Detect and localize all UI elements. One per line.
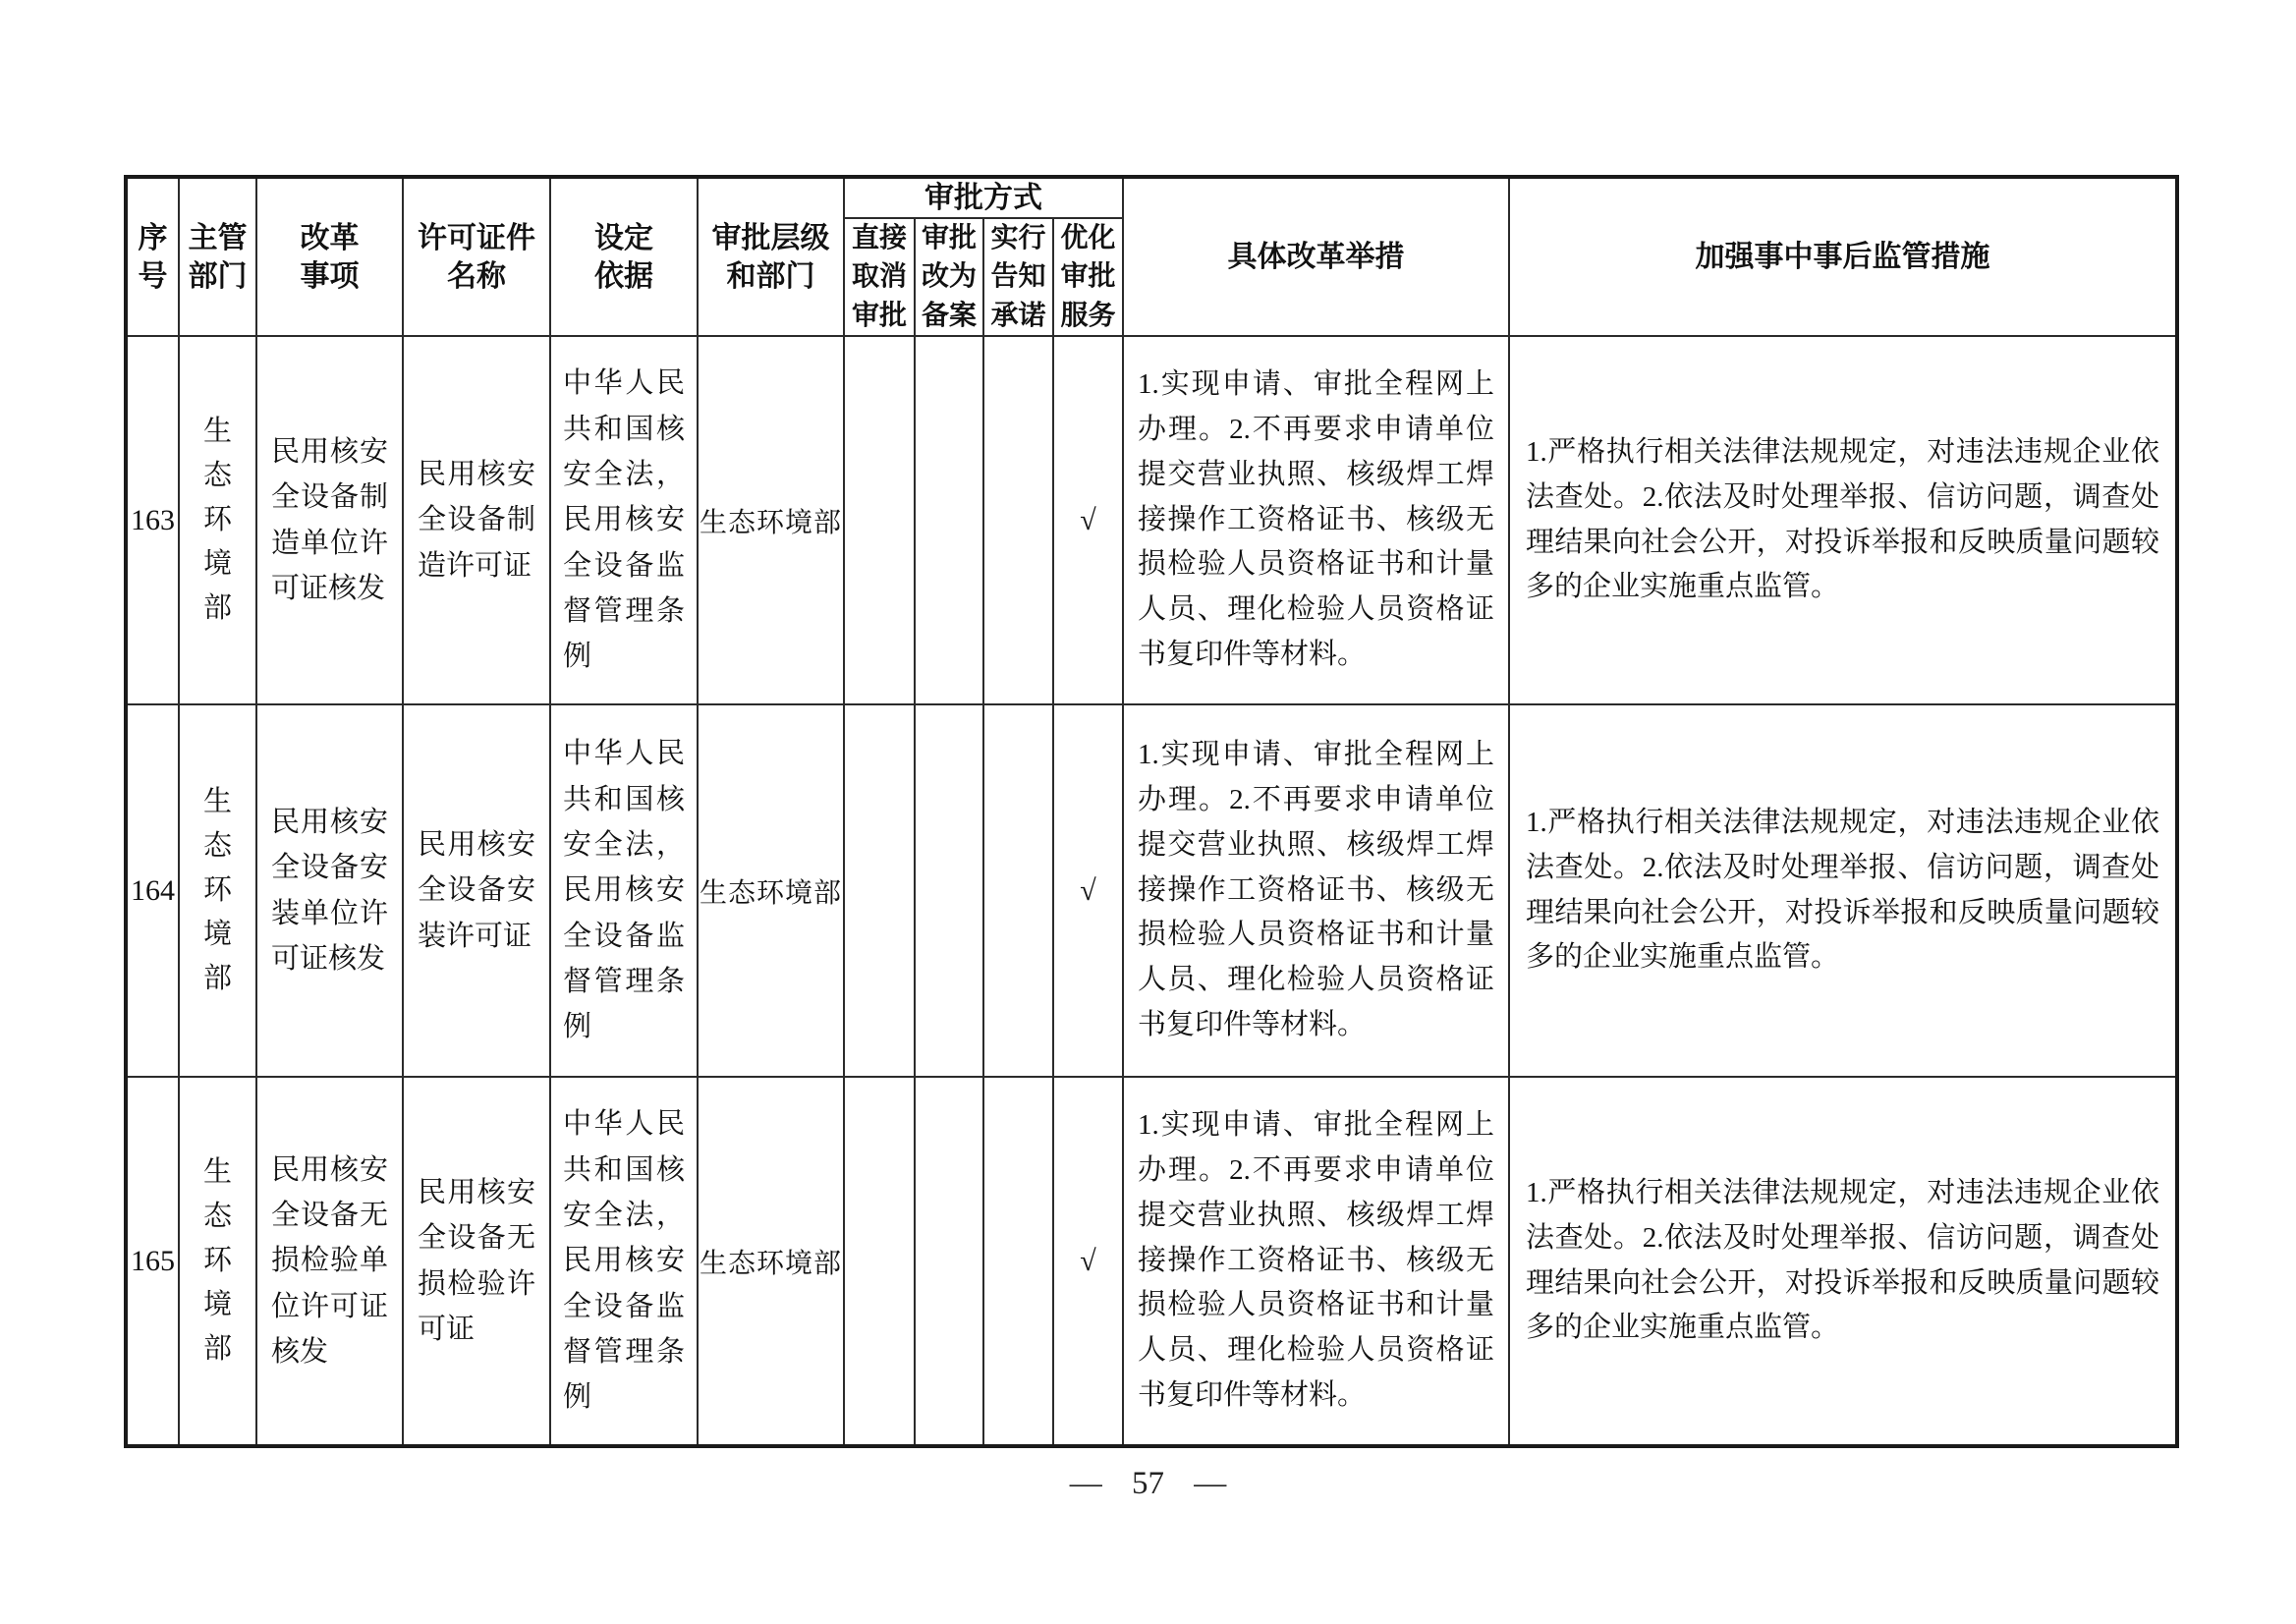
header-optimize-service: 优化 审批 服务 — [1053, 218, 1123, 336]
cell-dept: 生态环境部 — [179, 1077, 256, 1446]
table-row-163: 163 生态环境部 民用核安全设备制造单位许可证核发 民用核安全设备制造许可证 … — [126, 336, 2177, 704]
page-number: — 57 — — [0, 1466, 2296, 1502]
header-direct-cancel: 直接 取消 审批 — [844, 218, 915, 336]
table-row-165: 165 生态环境部 民用核安全设备无损检验单位许可证核发 民用核安全设备无损检验… — [126, 1077, 2177, 1446]
cell-direct-cancel — [844, 336, 915, 704]
header-reform-measures: 具体改革举措 — [1123, 177, 1509, 336]
cell-notification-commitment — [983, 336, 1053, 704]
cell-notification-commitment — [983, 1077, 1053, 1446]
cell-reform-item: 民用核安全设备制造单位许可证核发 — [256, 336, 403, 704]
cell-dept: 生态环境部 — [179, 704, 256, 1077]
cell-supervision: 1.严格执行相关法律法规规定，对违法违规企业依法查处。2.依法及时处理举报、信访… — [1509, 1077, 2177, 1446]
cell-seq: 163 — [126, 336, 179, 704]
header-legal-basis: 设定 依据 — [550, 177, 698, 336]
header-approval-method-group: 审批方式 — [844, 177, 1123, 218]
cell-supervision: 1.严格执行相关法律法规规定，对违法违规企业依法查处。2.依法及时处理举报、信访… — [1509, 704, 2177, 1077]
cell-reform-item: 民用核安全设备无损检验单位许可证核发 — [256, 1077, 403, 1446]
cell-license-name: 民用核安全设备无损检验许可证 — [403, 1077, 550, 1446]
approval-reform-table: 序 号 主管 部门 改革 事项 许可证件 名称 设定 依据 审批层级 和部门 审… — [124, 175, 2179, 1448]
cell-approval-level: 生态环境部 — [698, 1077, 844, 1446]
dept-vertical-text: 生态环境部 — [202, 1150, 233, 1372]
cell-change-to-filing — [915, 336, 983, 704]
table-row-164: 164 生态环境部 民用核安全设备安装单位许可证核发 民用核安全设备安装许可证 … — [126, 704, 2177, 1077]
header-reform-item: 改革 事项 — [256, 177, 403, 336]
cell-license-name: 民用核安全设备制造许可证 — [403, 336, 550, 704]
header-notification-commitment: 实行 告知 承诺 — [983, 218, 1053, 336]
cell-notification-commitment — [983, 704, 1053, 1077]
dept-vertical-text: 生态环境部 — [202, 780, 233, 1001]
cell-reform-item: 民用核安全设备安装单位许可证核发 — [256, 704, 403, 1077]
cell-direct-cancel — [844, 1077, 915, 1446]
cell-reform-measures: 1.实现申请、审批全程网上办理。2.不再要求申请单位提交营业执照、核级焊工焊接操… — [1123, 1077, 1509, 1446]
cell-reform-measures: 1.实现申请、审批全程网上办理。2.不再要求申请单位提交营业执照、核级焊工焊接操… — [1123, 704, 1509, 1077]
dept-vertical-text: 生态环境部 — [202, 410, 233, 631]
header-change-to-filing: 审批 改为 备案 — [915, 218, 983, 336]
cell-seq: 165 — [126, 1077, 179, 1446]
cell-optimize-service-check: √ — [1053, 704, 1123, 1077]
cell-approval-level: 生态环境部 — [698, 704, 844, 1077]
cell-direct-cancel — [844, 704, 915, 1077]
header-approval-level: 审批层级 和部门 — [698, 177, 844, 336]
header-dept: 主管 部门 — [179, 177, 256, 336]
cell-license-name: 民用核安全设备安装许可证 — [403, 704, 550, 1077]
cell-approval-level: 生态环境部 — [698, 336, 844, 704]
cell-change-to-filing — [915, 1077, 983, 1446]
header-seq: 序 号 — [126, 177, 179, 336]
cell-supervision: 1.严格执行相关法律法规规定，对违法违规企业依法查处。2.依法及时处理举报、信访… — [1509, 336, 2177, 704]
document-page: 序 号 主管 部门 改革 事项 许可证件 名称 设定 依据 审批层级 和部门 审… — [0, 0, 2296, 1624]
header-license-name: 许可证件 名称 — [403, 177, 550, 336]
cell-legal-basis: 中华人民共和国核安全法，民用核安全设备监督管理条例 — [550, 704, 698, 1077]
cell-change-to-filing — [915, 704, 983, 1077]
cell-dept: 生态环境部 — [179, 336, 256, 704]
cell-legal-basis: 中华人民共和国核安全法，民用核安全设备监督管理条例 — [550, 336, 698, 704]
cell-reform-measures: 1.实现申请、审批全程网上办理。2.不再要求申请单位提交营业执照、核级焊工焊接操… — [1123, 336, 1509, 704]
cell-optimize-service-check: √ — [1053, 336, 1123, 704]
cell-optimize-service-check: √ — [1053, 1077, 1123, 1446]
header-row-group: 序 号 主管 部门 改革 事项 许可证件 名称 设定 依据 审批层级 和部门 审… — [126, 177, 2177, 218]
cell-legal-basis: 中华人民共和国核安全法，民用核安全设备监督管理条例 — [550, 1077, 698, 1446]
cell-seq: 164 — [126, 704, 179, 1077]
header-supervision: 加强事中事后监管措施 — [1509, 177, 2177, 336]
